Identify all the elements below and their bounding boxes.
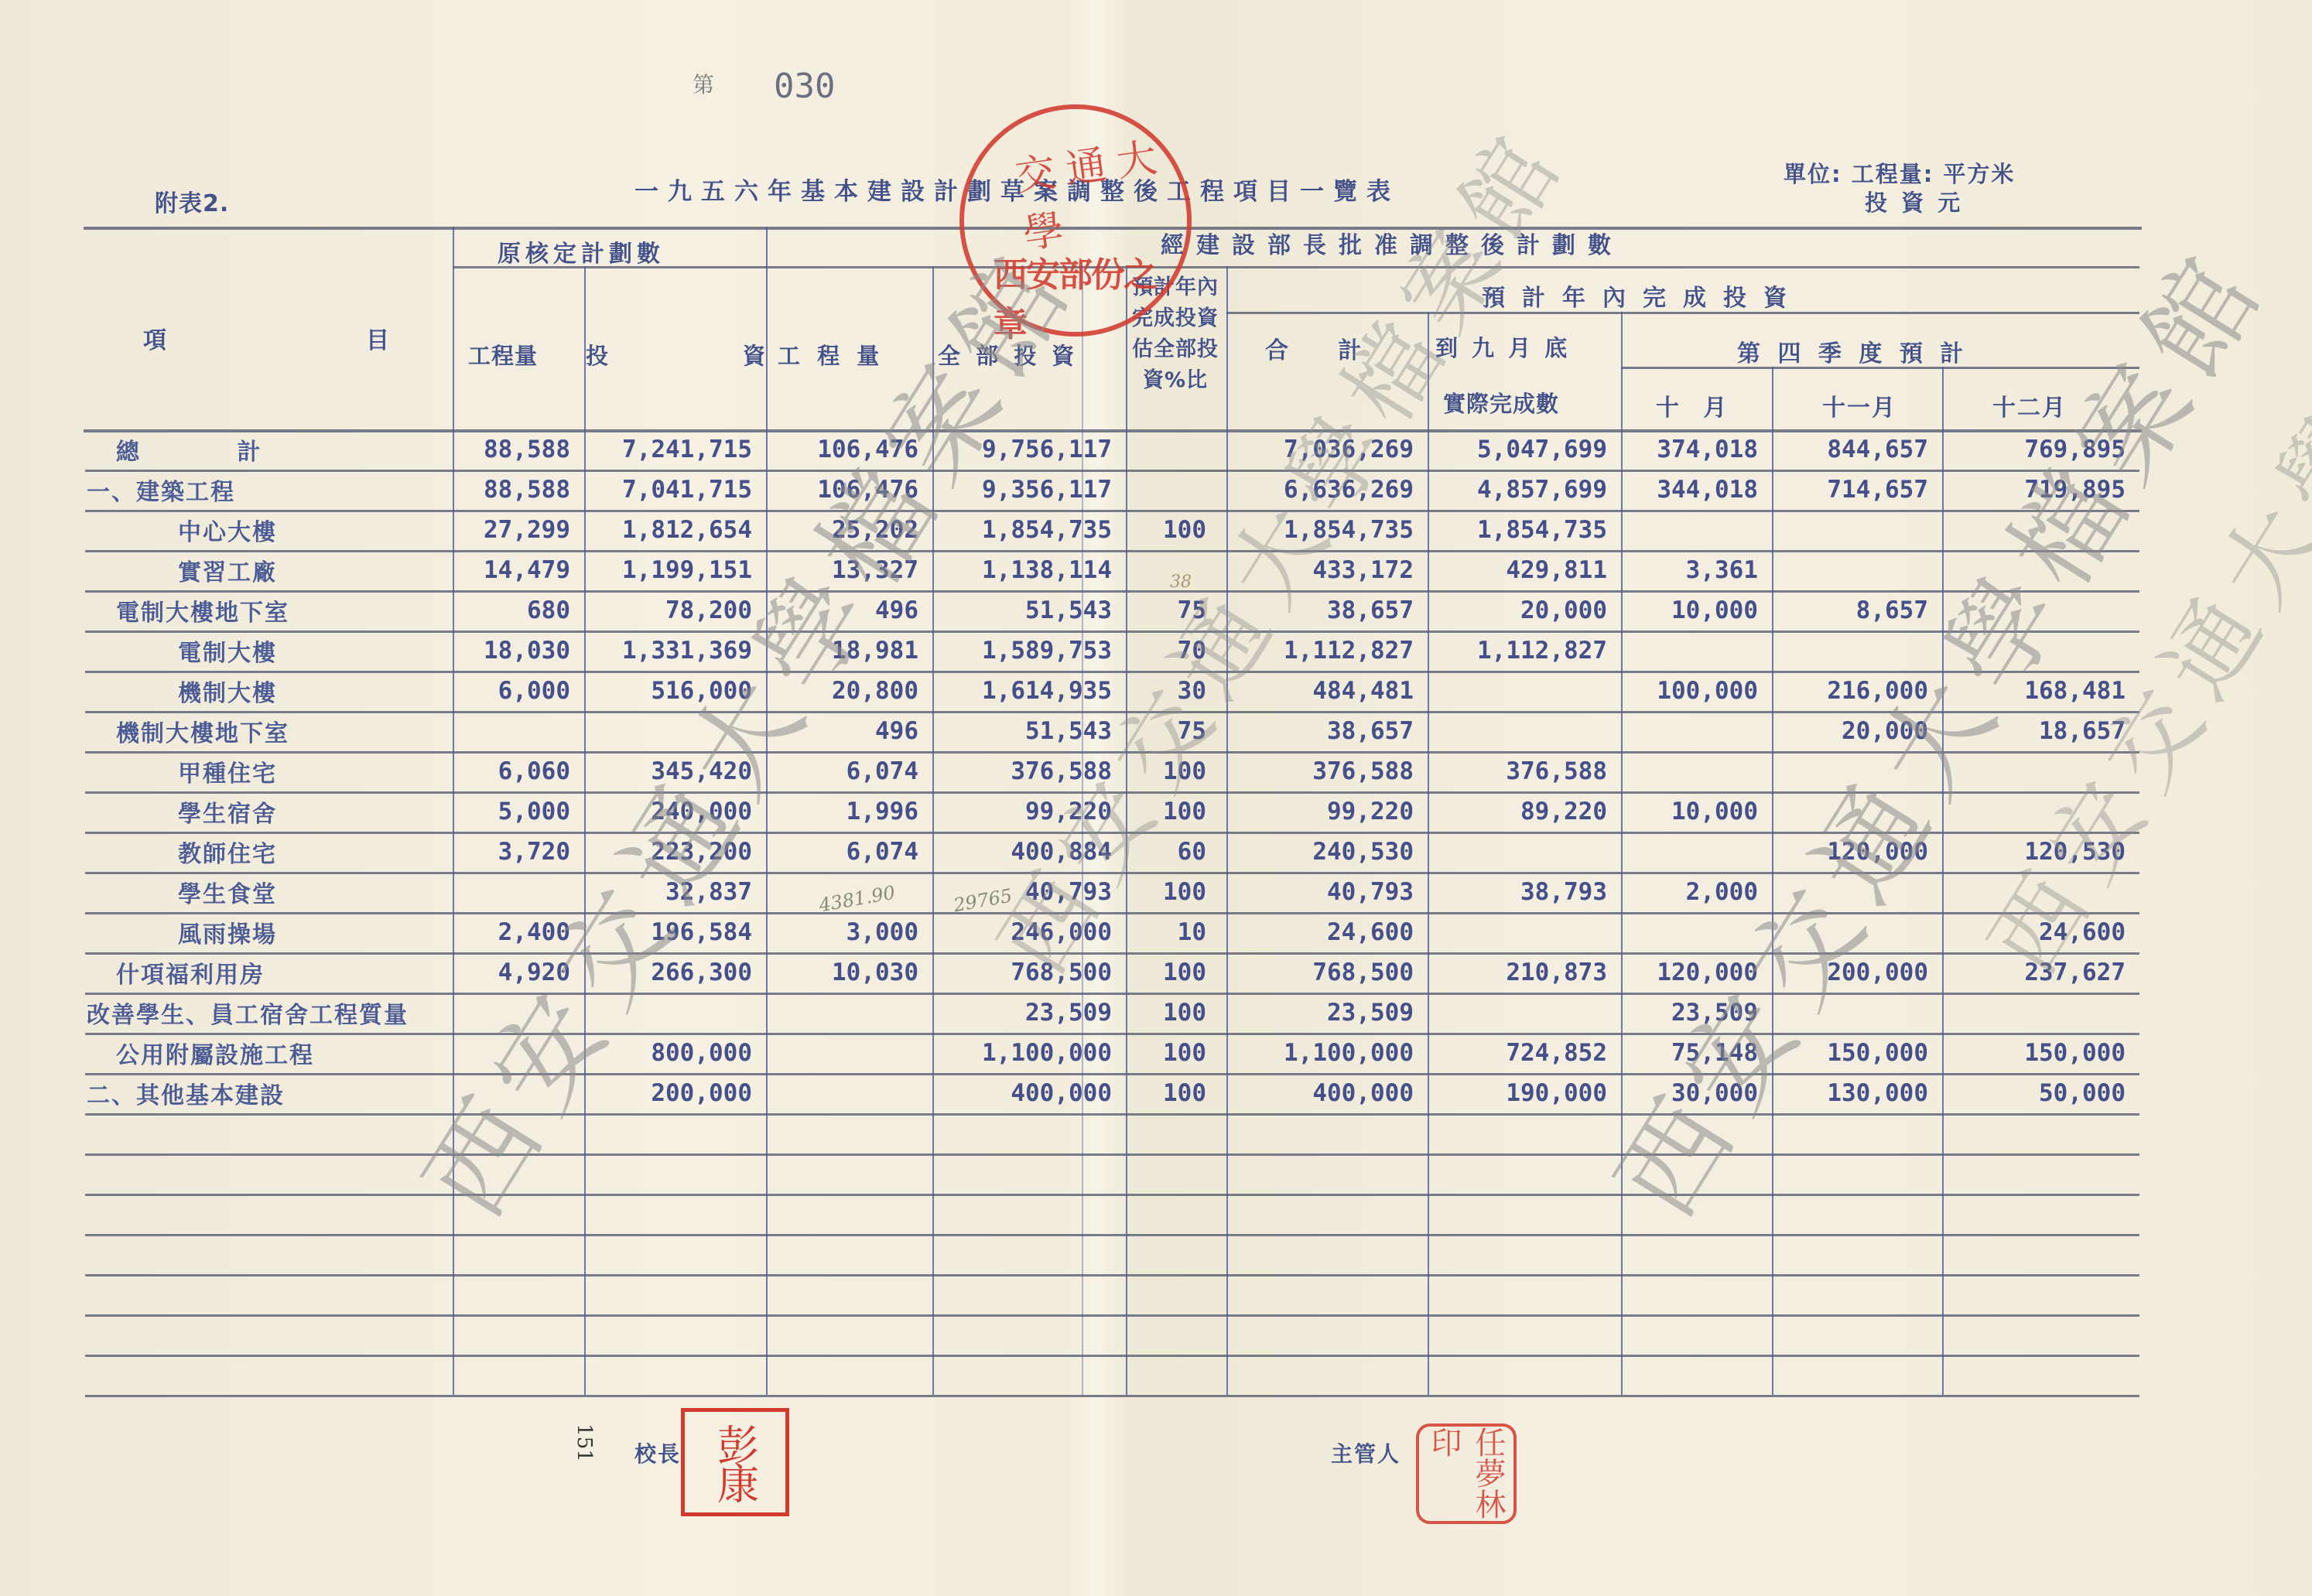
cell-oct: [1621, 832, 1772, 872]
cell-total: 24,600: [1226, 912, 1428, 952]
cell-to-sept: 376,588: [1428, 751, 1621, 791]
cell-qty: [766, 1073, 932, 1113]
cell-oct: 344,018: [1621, 470, 1772, 510]
cell-orig-inv: 1,812,654: [584, 510, 766, 550]
cell-orig-qty: 680: [453, 590, 584, 631]
cell-to-sept: [1428, 832, 1621, 872]
row-item-label: 改善學生、員工宿舍工程質量: [87, 993, 445, 1033]
cell-orig-qty: 88,588: [453, 429, 584, 470]
cell-to-sept: [1428, 711, 1621, 751]
row-item-label: 什項福利用房: [116, 952, 445, 993]
cell-to-sept: [1428, 993, 1621, 1033]
cell-dec: 50,000: [1942, 1073, 2139, 1113]
cell-total: 240,530: [1226, 832, 1428, 872]
header-group-line: [453, 266, 2139, 268]
cell-pct: 100: [1126, 1033, 1226, 1073]
supervisor-seal: 任夢林印: [1416, 1423, 1517, 1524]
cell-oct: [1621, 751, 1772, 791]
units-line-2: 投 資 元: [1865, 186, 1963, 217]
header-nov: 十一月: [1822, 388, 1896, 422]
cell-to-sept: 429,811: [1428, 550, 1621, 590]
cell-orig-qty: 27,299: [453, 510, 584, 550]
cell-to-sept: 190,000: [1428, 1073, 1621, 1113]
cell-total: 768,500: [1226, 952, 1428, 993]
cell-dec: 150,000: [1942, 1033, 2139, 1073]
cell-pct: 100: [1126, 1073, 1226, 1113]
cell-oct: [1621, 711, 1772, 751]
row-divider: [85, 1395, 2139, 1397]
cell-pct: [1126, 429, 1226, 470]
president-seal: 彭康: [681, 1408, 789, 1516]
row-divider: [85, 1113, 2139, 1116]
cell-orig-inv: 7,241,715: [584, 429, 766, 470]
cell-total: 99,220: [1226, 791, 1428, 832]
row-divider: [85, 1314, 2139, 1317]
row-item-label: 風雨操場: [178, 912, 445, 952]
row-divider: [85, 1194, 2139, 1196]
row-item-label: 一、建築工程: [87, 470, 445, 510]
page-mark-prefix: 第: [693, 68, 714, 99]
page-number-stamp: 030: [774, 67, 835, 106]
row-item-label: 機制大樓: [178, 671, 445, 711]
header-original-plan: 原核定計劃數: [498, 234, 665, 268]
cell-to-sept: 38,793: [1428, 872, 1621, 912]
cell-qty: [766, 1033, 932, 1073]
row-item-label: 二、其他基本建設: [87, 1073, 445, 1113]
header-expected: 預計年內完成投資: [1482, 279, 1804, 313]
cell-total: 376,588: [1226, 751, 1428, 791]
cell-inv: 1,614,935: [932, 671, 1126, 711]
cell-pct: 10: [1126, 912, 1226, 952]
cell-inv: 51,543: [932, 590, 1126, 631]
cell-to-sept: 89,220: [1428, 791, 1621, 832]
cell-pct: 100: [1126, 952, 1226, 993]
cell-oct: 374,018: [1621, 429, 1772, 470]
cell-to-sept: 5,047,699: [1428, 429, 1621, 470]
cell-inv: 1,589,753: [932, 631, 1126, 671]
cell-total: 1,100,000: [1226, 1033, 1428, 1073]
cell-inv: 1,138,114: [932, 550, 1126, 590]
row-item-label: 機制大樓地下室: [116, 711, 445, 751]
cell-to-sept: [1428, 912, 1621, 952]
row-item-label: 中心大樓: [178, 510, 445, 550]
header-oct: 十 月: [1656, 388, 1726, 422]
cell-oct: 100,000: [1621, 671, 1772, 711]
row-divider: [85, 1274, 2139, 1276]
cell-total: 400,000: [1226, 1073, 1428, 1113]
cell-qty: [766, 993, 932, 1033]
cell-orig-qty: [453, 711, 584, 751]
cell-orig-qty: 18,030: [453, 631, 584, 671]
cell-oct: 3,361: [1621, 550, 1772, 590]
header-orig-inv-right: 資: [743, 339, 770, 371]
cell-qty: 1,996: [766, 791, 932, 832]
cell-pct: 100: [1126, 993, 1226, 1033]
header-item-left: 項: [143, 321, 171, 355]
row-divider: [85, 1355, 2139, 1357]
cell-nov: 714,657: [1772, 470, 1942, 510]
cell-pct: [1126, 470, 1226, 510]
row-item-label: 總 計: [116, 429, 445, 470]
cell-oct: 10,000: [1621, 590, 1772, 631]
cell-to-sept: 4,857,699: [1428, 470, 1621, 510]
appendix-label: 附表2.: [155, 184, 229, 218]
cell-to-sept: 210,873: [1428, 952, 1621, 993]
row-divider: [85, 1234, 2139, 1236]
cell-to-sept: 1,854,735: [1428, 510, 1621, 550]
president-label: 校長: [634, 1437, 681, 1468]
cell-orig-qty: 14,479: [453, 550, 584, 590]
row-item-label: 公用附屬設施工程: [116, 1033, 445, 1073]
row-item-label: 實習工廠: [178, 550, 445, 590]
cell-nov: [1772, 550, 1942, 590]
cell-oct: 10,000: [1621, 791, 1772, 832]
president-handwritten-mark: 151: [573, 1423, 596, 1462]
header-item-right: 目: [366, 321, 394, 355]
row-item-label: 學生宿舍: [178, 791, 445, 832]
header-to-sept-2: 實際完成數: [1443, 387, 1559, 419]
row-item-label: 學生食堂: [178, 872, 445, 912]
supervisor-label: 主管人: [1331, 1437, 1401, 1468]
units-line-1: 單位: 工程量: 平方米: [1784, 157, 2015, 189]
cell-orig-inv: 1,199,151: [584, 550, 766, 590]
row-item-label: 教師住宅: [178, 832, 445, 872]
row-item-label: 甲種住宅: [178, 751, 445, 791]
cell-inv: 400,000: [932, 1073, 1126, 1113]
cell-inv: 1,100,000: [932, 1033, 1126, 1073]
cell-to-sept: 724,852: [1428, 1033, 1621, 1073]
cell-nov: 844,657: [1772, 429, 1942, 470]
cell-to-sept: 20,000: [1428, 590, 1621, 631]
cell-orig-inv: 7,041,715: [584, 470, 766, 510]
cell-inv: 23,509: [932, 993, 1126, 1033]
cell-orig-qty: 5,000: [453, 791, 584, 832]
cell-orig-qty: 6,000: [453, 671, 584, 711]
header-orig-quantity: 工程量: [468, 339, 538, 371]
cell-orig-qty: 88,588: [453, 470, 584, 510]
cell-oct: [1621, 510, 1772, 550]
cell-orig-qty: 6,060: [453, 751, 584, 791]
cell-qty: 3,000: [766, 912, 932, 952]
cell-total: 23,509: [1226, 993, 1428, 1033]
cell-qty: 10,030: [766, 952, 932, 993]
header-approved-quantity: 工 程 量: [778, 339, 884, 371]
cell-dec: [1942, 993, 2139, 1033]
cell-total: 40,793: [1226, 872, 1428, 912]
cell-oct: [1621, 631, 1772, 671]
row-item-label: 電制大樓地下室: [116, 590, 445, 631]
header-q4: 第 四 季 度 預 計: [1737, 334, 1968, 368]
row-item-label: 電制大樓: [178, 631, 445, 671]
cell-to-sept: 1,112,827: [1428, 631, 1621, 671]
seal-top-text: 交通大學: [1011, 121, 1195, 260]
cell-total: 38,657: [1226, 711, 1428, 751]
cell-to-sept: [1428, 671, 1621, 711]
cell-nov: [1772, 510, 1942, 550]
cell-qty: 6,074: [766, 832, 932, 872]
header-orig-inv-left: 投: [586, 339, 613, 371]
